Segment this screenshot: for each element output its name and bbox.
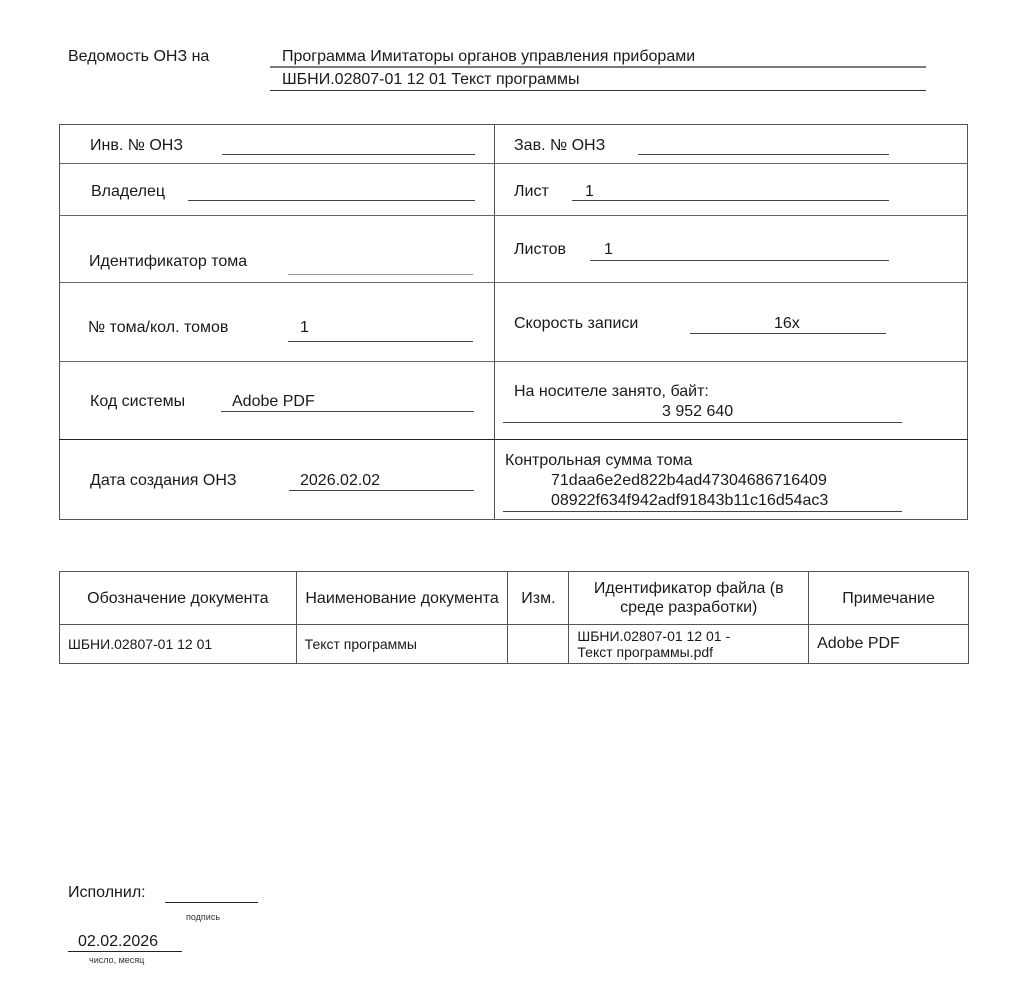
documents-table: Обозначение документа Наименование докум… [59,571,969,664]
signature-caption: подпись [186,912,220,922]
table-row: ШБНИ.02807-01 12 01 Текст программы ШБНИ… [60,625,969,664]
cell-change [508,625,569,664]
volume-id-field[interactable] [288,274,473,275]
checksum-line1: 71daa6e2ed822b4ad47304686716409 [551,472,827,490]
grid-row-divider [59,163,968,164]
signature-field[interactable] [165,902,258,903]
sheet-label: Лист [514,183,549,201]
grid-column-divider [494,124,495,520]
header-program-title: Программа Имитаторы органов управления п… [270,48,926,68]
checksum-field[interactable] [503,511,902,512]
inv-no-field[interactable] [222,154,475,155]
col-header-designation: Обозначение документа [60,572,297,625]
write-speed-label: Скорость записи [514,315,638,333]
table-header-row: Обозначение документа Наименование докум… [60,572,969,625]
col-header-note: Примечание [809,572,969,625]
creation-date-value: 2026.02.02 [300,472,380,490]
bytes-used-value: 3 952 640 [662,403,733,421]
cell-note: Adobe PDF [809,625,969,664]
system-code-value: Adobe PDF [232,393,315,411]
volume-count-field[interactable] [288,341,473,342]
date-value: 02.02.2026 [78,933,158,951]
grid-row-divider [59,439,968,440]
col-header-file-id: Идентификатор файла (в среде разработки) [569,572,809,625]
cell-file-id: ШБНИ.02807-01 12 01 - Текст программы.pd… [569,625,809,664]
date-caption: число, месяц [89,955,144,965]
write-speed-value: 16x [774,315,800,333]
cell-designation: ШБНИ.02807-01 12 01 [60,625,297,664]
creation-date-label: Дата создания ОНЗ [90,472,237,490]
system-code-field[interactable] [221,411,474,412]
col-header-name: Наименование документа [296,572,508,625]
creation-date-field[interactable] [289,490,474,491]
checksum-line2: 08922f634f942adf91843b11c16d54ac3 [551,492,828,510]
col-header-change: Изм. [508,572,569,625]
grid-row-divider [59,215,968,216]
checksum-label: Контрольная сумма тома [505,452,692,470]
serial-no-label: Зав. № ОНЗ [514,137,605,155]
volume-id-label: Идентификатор тома [89,253,247,271]
header-label: Ведомость ОНЗ на [68,48,209,66]
cell-name: Текст программы [296,625,508,664]
system-code-label: Код системы [90,393,185,411]
sheets-value: 1 [604,241,613,259]
volume-count-label: № тома/кол. томов [88,319,228,337]
sheets-label: Листов [514,241,566,259]
header-document-designation: ШБНИ.02807-01 12 01 Текст программы [270,71,926,91]
inv-no-label: Инв. № ОНЗ [90,137,183,155]
performed-by-label: Исполнил: [68,884,146,902]
grid-row-divider [59,282,968,283]
sheet-value: 1 [585,183,594,201]
volume-count-value: 1 [300,319,309,337]
serial-no-field[interactable] [638,154,889,155]
owner-label: Владелец [91,183,165,201]
sheet-field[interactable] [572,200,889,201]
file-id-line1: ШБНИ.02807-01 12 01 - [577,628,800,644]
grid-row-divider [59,361,968,362]
bytes-used-label: На носителе занято, байт: [514,383,709,401]
date-field[interactable] [68,951,182,952]
sheets-field[interactable] [590,260,889,261]
owner-field[interactable] [188,200,475,201]
file-id-line2: Текст программы.pdf [577,644,800,660]
bytes-used-field[interactable] [503,422,902,423]
write-speed-field[interactable] [690,333,886,334]
